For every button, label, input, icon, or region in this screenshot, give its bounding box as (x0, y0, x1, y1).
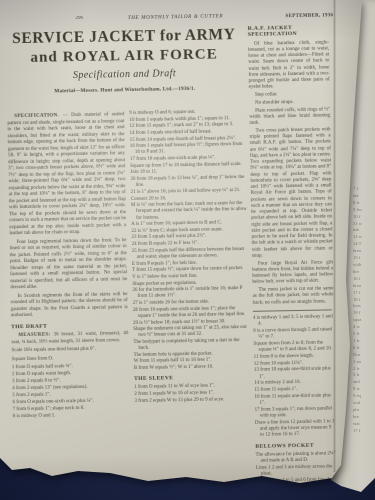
sleeve-heading: THE SLEEVE (134, 374, 250, 382)
right-column: R.A.F. JACKET SPECIFICATION Of blue bara… (248, 24, 337, 485)
article-title-block: SERVICE JACKET for ARMY and ROYAL AIR FO… (5, 26, 244, 95)
raf-specification-paragraphs: Of blue barathea cloth, single-breasted,… (248, 40, 334, 307)
journal-title: THE MONTHLY TAILOR & CUTTER (99, 13, 251, 22)
left-column: SPECIFICATION. — Drab material of sealed… (7, 112, 130, 421)
paragraph-buttons: Four large regimental buttons down the f… (10, 238, 128, 292)
scale-line: Scale 18¼ equals one-third breast plus 6… (12, 346, 129, 355)
raf-specification-heading: R.A.F. JACKET SPECIFICATION (248, 24, 329, 38)
sleeve-steps: 1 from O equals 11 to W of scye less 1″.… (134, 383, 250, 405)
photo-background: 7 ftak8 fr9 fro10 f31 wtub12 w14 Tbrea15… (0, 0, 375, 500)
measures-lead: MEASURES: (18, 332, 53, 338)
bellows-pocket-heading: BELLOWS POCKET (255, 442, 336, 450)
page-content: 296 THE MONTHLY TAILOR & CUTTER SEPTEMBE… (0, 0, 375, 500)
article-title-line2: and ROYAL AIR FORCE (5, 46, 243, 67)
square-line: Square lines from O. (12, 355, 129, 364)
draft-steps-1-8: 1 from O equals half scale ¾″.2 from O e… (12, 363, 130, 421)
specification-body: — Drab material of sealed pattern cut an… (7, 112, 126, 236)
draft-heading: THE DRAFT (11, 322, 128, 331)
specification-lead: SPECIFICATION. (14, 113, 63, 119)
page-number: 296 (75, 16, 83, 21)
middle-column: 9 is midway O and 6; square out.10 from … (129, 109, 250, 405)
magazine-page: 296 THE MONTHLY TAILOR & CUTTER SEPTEMBE… (0, 0, 375, 500)
sleeve-continuation-steps: 4 is midway 1 and 3; 5 is midway 1 and 4… (253, 314, 336, 439)
page-fold-crease (333, 0, 336, 472)
section-rule (253, 309, 332, 311)
article-title-line1: SERVICE JACKET for ARMY (5, 26, 243, 48)
material-line: Material—Messrs. Hunt and Winterbotham, … (6, 85, 244, 95)
article-subtitle: Specification and Draft (5, 67, 243, 82)
bellows-pocket-lines: The allowance for pleating is about 2¼″ … (255, 451, 337, 485)
draft-steps-9-32: 9 is midway O and 6; square out.10 from … (129, 109, 250, 372)
paragraph-scottish: In Scottish regiments the front of the s… (11, 292, 128, 320)
issue-date: SEPTEMBER, 1936 (285, 13, 333, 19)
paper-sheet: 296 THE MONTHLY TAILOR & CUTTER SEPTEMBE… (0, 0, 375, 500)
